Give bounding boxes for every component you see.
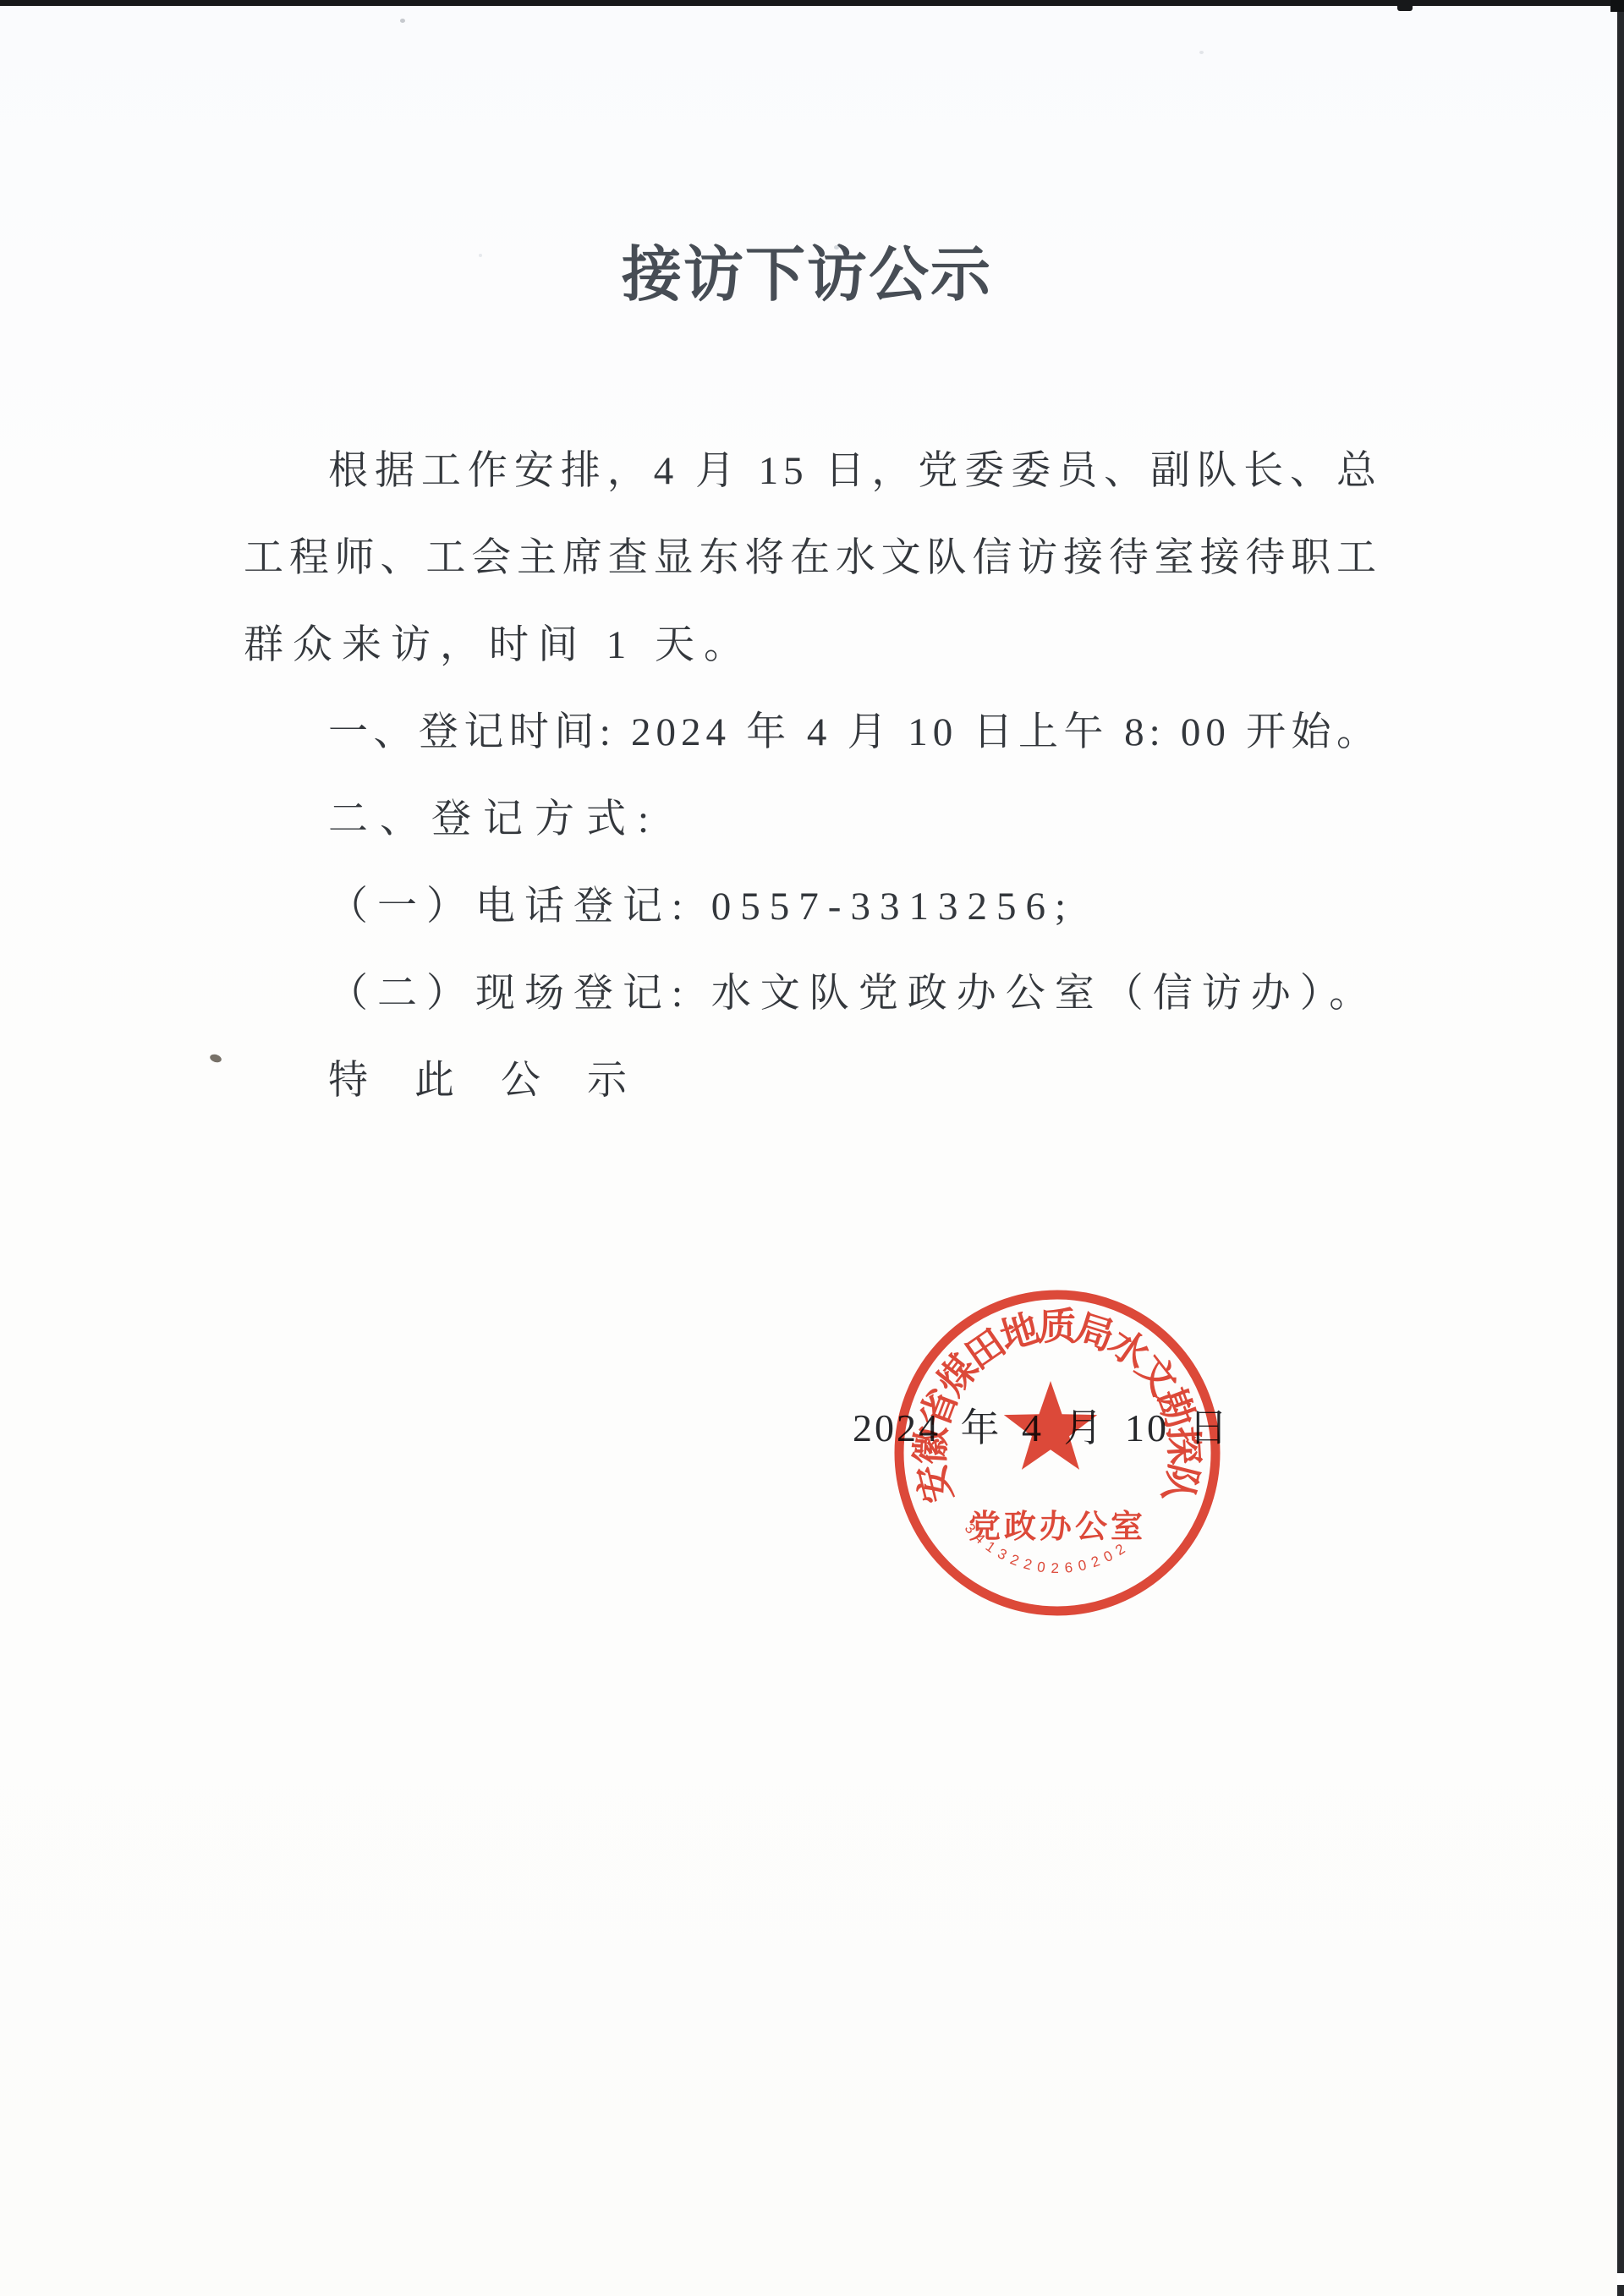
body-line-4: 一、登记时间: 2024 年 4 月 10 日上午 8: 00 开始。	[244, 689, 1381, 776]
body-line-1: 根据工作安排，4 月 15 日，党委委员、副队长、总	[244, 428, 1381, 515]
svg-text:2: 2	[1051, 1560, 1059, 1576]
body-line-6: （一）电话登记: 0557-3313256;	[244, 863, 1381, 951]
svg-text:队: 队	[1155, 1460, 1204, 1507]
notice-title: 接访下访公示	[0, 227, 1614, 313]
body-line-3: 群众来访，时间 1 天。	[244, 602, 1381, 689]
svg-text:6: 6	[1064, 1559, 1073, 1576]
scan-edge-right	[1617, 0, 1624, 2296]
body-line-7: （二）现场登记: 水文队党政办公室（信访办）。	[244, 951, 1381, 1038]
scan-speck	[400, 19, 405, 23]
svg-text:0: 0	[1036, 1559, 1046, 1575]
scanned-notice-page: 接访下访公示 根据工作安排，4 月 15 日，党委委员、副队长、总 工程师、工会…	[0, 0, 1624, 2296]
svg-text:2: 2	[1089, 1553, 1102, 1570]
official-seal: 安徽省煤田地质局水文勘探队 党政办公室 3413220260202	[888, 1284, 1226, 1622]
svg-text:3: 3	[995, 1545, 1009, 1563]
body-line-2: 工程师、工会主席查显东将在水文队信访接待室接待职工	[244, 515, 1381, 602]
svg-text:2: 2	[1008, 1551, 1022, 1569]
body-line-5: 二、登记方式:	[244, 776, 1381, 863]
svg-text:质: 质	[1038, 1306, 1076, 1348]
svg-text:0: 0	[1077, 1557, 1088, 1575]
scan-edge-top	[0, 0, 1624, 6]
svg-text:0: 0	[1101, 1548, 1116, 1565]
scan-edge-top-nub	[1397, 5, 1413, 11]
scan-speck	[1199, 51, 1204, 54]
scan-edge-corner	[1610, 0, 1624, 12]
body-line-8: 特此公示	[244, 1038, 1381, 1125]
seal-star-icon	[1004, 1381, 1097, 1470]
svg-text:2: 2	[1022, 1556, 1034, 1574]
notice-body: 根据工作安排，4 月 15 日，党委委员、副队长、总 工程师、工会主席查显东将在…	[244, 428, 1381, 1125]
scan-edge-notch	[1617, 2273, 1624, 2285]
svg-text:安: 安	[910, 1460, 960, 1507]
svg-text:探: 探	[1160, 1425, 1205, 1466]
scan-speck	[209, 1053, 222, 1064]
